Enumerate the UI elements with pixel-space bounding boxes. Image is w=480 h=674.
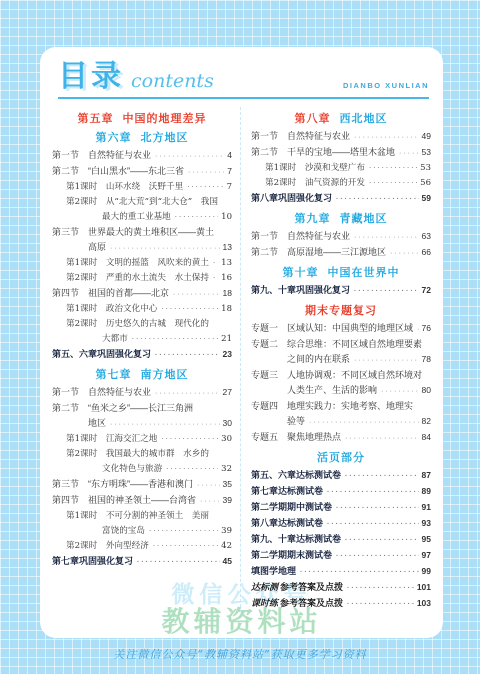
page-number: 4 <box>227 148 232 163</box>
dot-leader: ········································… <box>347 581 414 596</box>
toc-entry: 专题三 人地协调观：不同区域自然环境对 <box>251 368 431 383</box>
toc-entry-text: 第四节 祖国的首都——北京 <box>52 286 169 301</box>
page-number: 30 <box>223 416 232 431</box>
toc-entry: 第一节 自然特征与农业·····························… <box>251 229 431 245</box>
dot-leader: ········································… <box>300 565 419 580</box>
toc-entry: 第2课时 外向型经济······························… <box>52 539 232 554</box>
toc-entry: 第二学期期中测试卷·······························… <box>251 500 431 516</box>
toc-entry-text: 之间的内在联系 <box>287 352 350 367</box>
dot-leader: ········································… <box>110 241 220 256</box>
chapter-title: 南方地区 <box>141 369 189 381</box>
toc-entry: 第2课时 我国最大的城市群 水乡的 <box>52 447 232 462</box>
chapter-heading: 第八章西北地区 <box>251 112 431 126</box>
page-number: 72 <box>422 283 431 298</box>
toc-entry: 专题二 综合思维：不同区域自然地理要素 <box>251 337 431 352</box>
page-number: 76 <box>422 321 431 336</box>
page-number: 56 <box>420 176 431 191</box>
page-number: 7 <box>227 180 232 195</box>
dot-leader: ········································… <box>155 386 220 401</box>
toc-entry: 第1课时 文明的摇篮 风吹来的黄土·······················… <box>52 256 232 271</box>
toc-entry-text: 第1课时 山环水绕 沃野千里 <box>66 180 183 195</box>
toc-entry: 第2课时 油气资源的开发····························… <box>251 176 431 191</box>
page-number: 103 <box>417 596 431 611</box>
toc-entry: 第八章巩固强化复习·······························… <box>251 191 431 207</box>
dot-leader: ········································… <box>354 230 419 245</box>
chapter-number: 第八章 <box>295 113 331 125</box>
toc-entry: 富饶的宝岛···································… <box>52 524 232 539</box>
toc-entry: 第三节 世界最大的黄土堆积区——黄土 <box>52 225 232 240</box>
page-number: 45 <box>223 554 232 569</box>
toc-entry-text: 第一节 自然特征与农业 <box>52 148 151 163</box>
toc-entry: 第七章巩固强化复习·······························… <box>52 554 232 570</box>
chapter-heading: 第十章中国在世界中 <box>251 266 431 280</box>
dot-leader: ········································… <box>155 149 224 164</box>
toc-entry-text: 最大的重工业基地 <box>102 210 171 225</box>
page-number: 63 <box>422 229 431 244</box>
dot-leader: ········································… <box>369 161 417 176</box>
chapter-number: 第五章 <box>78 113 114 125</box>
toc-entry: 第九、十章达标测试卷······························… <box>251 532 431 548</box>
chapter-number: 第七章 <box>96 369 132 381</box>
dot-leader: ········································… <box>354 284 419 299</box>
toc-entry-text: 大都市 <box>102 332 128 347</box>
toc-entry: 第1课时 江海交汇之地·····························… <box>52 432 232 447</box>
page-number: 87 <box>422 468 431 483</box>
dot-leader: ········································… <box>417 322 419 337</box>
page-number: 23 <box>223 347 232 362</box>
footer-watermark-text: 关注微信公众号“教辅资料站”获取更多学习资料 <box>0 646 480 662</box>
dot-leader: ········································… <box>137 555 220 570</box>
chapter-title: 中国的地理差异 <box>123 113 207 125</box>
toc-entry-text: 第二节 高原湿地——三江源地区 <box>251 245 386 260</box>
page-number: 42 <box>221 539 232 554</box>
toc-entry-text: 第五、六章达标测试卷 <box>251 468 341 483</box>
dot-leader: ········································… <box>213 256 218 271</box>
toc-entry: 高原······································… <box>52 240 232 256</box>
toc-entry-text: 第一节 自然特征与农业 <box>52 385 151 400</box>
dot-leader: ········································… <box>175 210 218 225</box>
dot-leader: ········································… <box>336 192 419 207</box>
page-number: 95 <box>422 532 431 547</box>
chapter-title: 北方地区 <box>141 132 189 144</box>
dot-leader: ········································… <box>354 130 419 145</box>
toc-entry: 地区······································… <box>52 416 232 432</box>
toc-entry-text: 课时练参考答案及点拨 <box>251 596 343 612</box>
toc-column-left: 第五章中国的地理差异第六章北方地区第一节 自然特征与农业············… <box>52 107 232 612</box>
toc-header: 目录 contents DIANBO XUNLIAN <box>58 62 429 99</box>
toc-entry-text: 第2课时 我国最大的城市群 水乡的 <box>66 447 209 462</box>
toc-entry: 第2课时 历史悠久的古城 现代化的 <box>52 317 232 332</box>
dot-leader: ········································… <box>166 462 218 477</box>
page-number: 99 <box>422 564 431 579</box>
toc-entry: 第1课时 沙漠和戈壁广布····························… <box>251 161 431 176</box>
dot-leader: ········································… <box>161 302 218 317</box>
toc-entry-text: 填图学地理 <box>251 564 296 579</box>
dot-leader: ········································… <box>213 271 218 286</box>
toc-entry-text: 第二学期期中测试卷 <box>251 500 332 515</box>
dot-leader: ········································… <box>369 176 417 191</box>
toc-entry: 填图学地理···································… <box>251 564 431 580</box>
toc-entry-script-prefix: 课时练 <box>251 599 278 609</box>
toc-entry: 第三节 “东方明珠”——香港和澳门·······················… <box>52 477 232 493</box>
toc-entry: 第二节 高原湿地——三江源地区·························… <box>251 245 431 261</box>
toc-entry-text: 专题三 人地协调观：不同区域自然环境对 <box>251 368 422 383</box>
chapter-title: 西北地区 <box>340 113 388 125</box>
dot-leader: ········································… <box>390 246 419 261</box>
dot-leader: ········································… <box>132 332 218 347</box>
toc-entry-text: 专题四 地理实践力：实地考察、地理实 <box>251 399 413 414</box>
toc-entry: 第七章达标测试卷································… <box>251 484 431 500</box>
dot-leader: ········································… <box>161 432 218 447</box>
toc-entry: 第2课时 从“北大荒”到“北大仓” 我国 <box>52 195 232 210</box>
toc-entry: 第1课时 不可分割的神圣领土 美丽 <box>52 509 232 524</box>
toc-entry-text: 地区 <box>88 416 106 431</box>
toc-entry-text: 专题一 区域认知：中国典型的地理区域 <box>251 321 413 336</box>
toc-entry-text: 第2课时 历史悠久的古城 现代化的 <box>66 317 209 332</box>
toc-entry: 文化特色与旅游·································… <box>52 462 232 477</box>
toc-entry: 第四节 祖国的神圣领土——台湾省························… <box>52 493 232 509</box>
toc-entry: 第2课时 严重的水土流失 水土保持·······················… <box>52 271 232 286</box>
page-number: 16 <box>221 271 232 286</box>
chapter-number: 期末专题复习 <box>305 305 377 317</box>
dot-leader: ········································… <box>336 501 419 516</box>
page-number: 32 <box>221 462 232 477</box>
toc-entry-text: 第七章巩固强化复习 <box>52 554 133 569</box>
dot-leader: ········································… <box>345 431 419 446</box>
toc-title-en: contents <box>131 72 214 92</box>
dot-leader: ········································… <box>197 478 220 493</box>
dot-leader: ········································… <box>153 539 218 554</box>
toc-entry: 达标测参考答案及点拨······························… <box>251 580 431 596</box>
toc-entry-text: 第1课时 不可分割的神圣领土 美丽 <box>66 509 209 524</box>
toc-entry: 人类生产、生活的影响······························… <box>251 383 431 399</box>
page-number: 21 <box>221 332 232 347</box>
toc-entry-text: 第1课时 沙漠和戈壁广布 <box>265 161 365 176</box>
page-number: 39 <box>221 524 232 539</box>
chapter-number: 活页部分 <box>317 452 365 464</box>
toc-entry: 第1课时 政治文化中心·····························… <box>52 302 232 317</box>
toc-entry: 第八章达标测试卷································… <box>251 516 431 532</box>
page-number: 13 <box>223 240 232 255</box>
dot-leader: ········································… <box>336 549 419 564</box>
toc-entry-text: 达标测参考答案及点拨 <box>251 580 343 596</box>
toc-entry-text: 高原 <box>88 240 106 255</box>
toc-entry: 第一节 自然特征与农业·····························… <box>251 129 431 145</box>
toc-column-right: 第八章西北地区第一节 自然特征与农业······················… <box>240 107 431 612</box>
page-number: 66 <box>422 245 431 260</box>
page-number: 59 <box>422 191 431 206</box>
toc-entry: 第一节 自然特征与农业·····························… <box>52 148 232 164</box>
chapter-title: 中国在世界中 <box>328 267 400 279</box>
page-number: 78 <box>422 352 431 367</box>
toc-entry: 专题五 聚焦地理热点······························… <box>251 430 431 446</box>
toc-entry-text: 第1课时 政治文化中心 <box>66 302 157 317</box>
toc-entry: 课时练参考答案及点拨······························… <box>251 596 431 612</box>
page-number: 84 <box>422 430 431 445</box>
dot-leader: ········································… <box>309 415 419 430</box>
toc-entry-text: 第一节 自然特征与农业 <box>251 229 350 244</box>
page-number: 93 <box>422 516 431 531</box>
toc-entry-text: 第2课时 从“北大荒”到“北大仓” 我国 <box>66 195 218 210</box>
chapter-number: 第六章 <box>96 132 132 144</box>
toc-entry: 第二节 “鱼米之乡”——长江三角洲 <box>52 401 232 416</box>
chapter-heading: 第六章北方地区 <box>52 131 232 145</box>
dot-leader: ········································… <box>381 384 419 399</box>
toc-entry: 专题一 区域认知：中国典型的地理区域······················… <box>251 321 431 337</box>
toc-entry: 第二节 “白山黑水”——东北三省························… <box>52 164 232 180</box>
toc-entry-text: 第1课时 江海交汇之地 <box>66 432 157 447</box>
toc-entry-text: 第九、十章达标测试卷 <box>251 532 341 547</box>
toc-entry: 第五、六章达标测试卷······························… <box>251 468 431 484</box>
toc-entry-script-prefix: 达标测 <box>251 583 278 593</box>
toc-entry-text: 文化特色与旅游 <box>102 462 162 477</box>
dot-leader: ········································… <box>345 469 419 484</box>
page-number: 82 <box>422 414 431 429</box>
toc-entry-text: 第三节 “东方明珠”——香港和澳门 <box>52 477 193 492</box>
toc-title-cn: 目录 <box>58 62 124 92</box>
toc-entry-text: 第二节 干旱的宝地——塔里木盆地 <box>251 145 395 160</box>
chapter-heading: 第九章青藏地区 <box>251 212 431 226</box>
toc-entry-text: 人类生产、生活的影响 <box>287 383 377 398</box>
toc-entry-text: 验等 <box>287 414 305 429</box>
chapter-heading: 活页部分 <box>251 451 431 465</box>
chapter-number: 第九章 <box>295 213 331 225</box>
toc-entry: 专题四 地理实践力：实地考察、地理实 <box>251 399 431 414</box>
toc-entry-text: 专题二 综合思维：不同区域自然地理要素 <box>251 337 422 352</box>
chapter-number: 第十章 <box>283 267 319 279</box>
dot-leader: ········································… <box>149 524 218 539</box>
dot-leader: ········································… <box>354 353 419 368</box>
toc-entry-text: 第一节 自然特征与农业 <box>251 129 350 144</box>
page-number: 89 <box>422 484 431 499</box>
page-number: 53 <box>420 161 431 176</box>
toc-entry-text: 第四节 祖国的神圣领土——台湾省 <box>52 493 196 508</box>
toc-entry-text: 第七章达标测试卷 <box>251 484 323 499</box>
toc-entry-text: 第八章巩固强化复习 <box>251 191 332 206</box>
dot-leader: ········································… <box>327 485 419 500</box>
page-number: 97 <box>422 548 431 563</box>
dot-leader: ········································… <box>345 533 419 548</box>
page-number: 13 <box>221 256 232 271</box>
toc-entry-text: 富饶的宝岛 <box>102 524 145 539</box>
page-number: 10 <box>221 210 232 225</box>
page-number: 30 <box>221 432 232 447</box>
toc-entry-text: 第九、十章巩固强化复习 <box>251 283 350 298</box>
page-number: 49 <box>422 129 431 144</box>
toc-entry-text: 第五、六章巩固强化复习 <box>52 347 151 362</box>
page-number: 53 <box>422 145 431 160</box>
dot-leader: ········································… <box>327 517 419 532</box>
toc-entry-text: 第2课时 外向型经济 <box>66 539 149 554</box>
toc-entry-text: 第1课时 文明的摇篮 风吹来的黄土 <box>66 256 209 271</box>
dot-leader: ········································… <box>110 417 220 432</box>
dot-leader: ········································… <box>200 494 220 509</box>
page-number: 35 <box>223 477 232 492</box>
toc-entry-text: 第2课时 严重的水土流失 水土保持 <box>66 271 209 286</box>
toc-entry: 最大的重工业基地································… <box>52 210 232 225</box>
page-number: 39 <box>223 493 232 508</box>
dot-leader: ········································… <box>173 287 220 302</box>
chapter-heading: 期末专题复习 <box>251 304 431 318</box>
toc-title-group: 目录 contents <box>58 62 214 92</box>
page-number: 18 <box>223 286 232 301</box>
chapter-title: 青藏地区 <box>340 213 388 225</box>
toc-entry-text: 专题五 聚焦地理热点 <box>251 430 341 445</box>
chapter-heading: 第七章南方地区 <box>52 368 232 382</box>
page-number: 7 <box>227 164 232 179</box>
toc-entry: 大都市·····································… <box>52 332 232 347</box>
page-number: 80 <box>422 383 431 398</box>
toc-entry: 第一节 自然特征与农业·····························… <box>52 385 232 401</box>
toc-entry-text: 第二节 “鱼米之乡”——长江三角洲 <box>52 401 193 416</box>
toc-columns: 第五章中国的地理差异第六章北方地区第一节 自然特征与农业············… <box>40 99 443 638</box>
toc-entry: 第四节 祖国的首都——北京···························… <box>52 286 232 302</box>
toc-entry: 验等······································… <box>251 414 431 430</box>
toc-entry: 第二学期期末测试卷·······························… <box>251 548 431 564</box>
dot-leader: ········································… <box>399 146 419 161</box>
toc-entry: 第九、十章巩固强化复习·····························… <box>251 283 431 299</box>
toc-entry: 第1课时 山环水绕 沃野千里··························… <box>52 180 232 195</box>
dot-leader: ········································… <box>347 597 414 612</box>
page-number: 18 <box>221 302 232 317</box>
page-number: 101 <box>417 580 431 595</box>
chapter-heading: 第五章中国的地理差异 <box>52 112 232 126</box>
brand-text: DIANBO XUNLIAN <box>343 81 429 90</box>
toc-entry-text: 第八章达标测试卷 <box>251 516 323 531</box>
toc-entry-text: 第三节 世界最大的黄土堆积区——黄土 <box>52 225 214 240</box>
dot-leader: ········································… <box>187 180 223 195</box>
page-number: 27 <box>223 385 232 400</box>
dot-leader: ········································… <box>188 165 224 180</box>
toc-entry-text: 第二学期期末测试卷 <box>251 548 332 563</box>
page-number: 91 <box>422 500 431 515</box>
toc-page-card: 目录 contents DIANBO XUNLIAN 第五章中国的地理差异第六章… <box>40 47 443 638</box>
dot-leader: ········································… <box>155 348 220 363</box>
toc-entry-text: 第2课时 油气资源的开发 <box>265 176 365 191</box>
toc-entry: 第五、六章巩固强化复习·····························… <box>52 347 232 363</box>
toc-entry-text: 第二节 “白山黑水”——东北三省 <box>52 164 184 179</box>
toc-entry: 之间的内在联系·································… <box>251 352 431 368</box>
toc-entry: 第二节 干旱的宝地——塔里木盆地························… <box>251 145 431 161</box>
